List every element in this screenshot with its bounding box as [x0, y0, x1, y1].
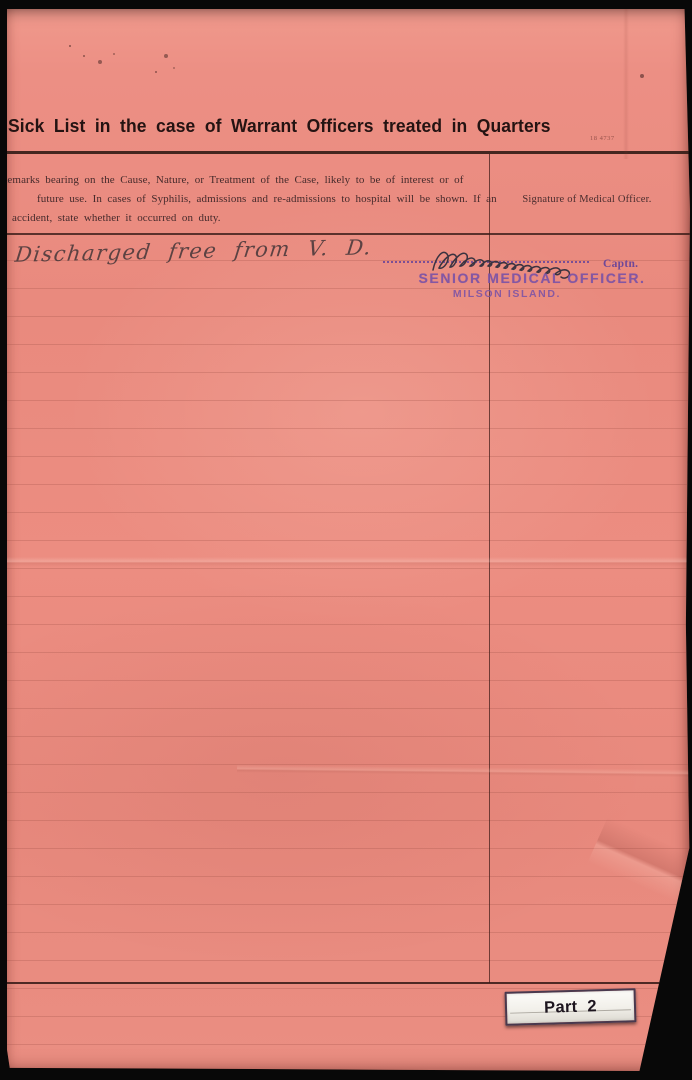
signature-rank: Captn. [603, 258, 638, 270]
part-label-text: Part 2 [544, 997, 597, 1017]
document-scan: { "page": { "background": "#080808", "pa… [0, 0, 692, 1080]
remarks-header-line-2: future use. In cases of Syphilis, admiss… [37, 193, 497, 205]
part-label: Part 2 [505, 988, 637, 1026]
ink-specks [69, 45, 71, 47]
form-number: 18 4737 [590, 135, 615, 142]
paper-crease-horizontal-1 [7, 557, 690, 567]
remarks-header-line-1: Remarks bearing on the Cause, Nature, or… [0, 174, 464, 186]
signature-column-header: Signature of Medical Officer. [489, 194, 685, 205]
stamp-senior-medical-officer: SENIOR MEDICAL OFFICER. [409, 270, 655, 286]
remarks-header-line-3: accident, state whether it occurred on d… [12, 212, 221, 224]
header-rule [7, 151, 690, 154]
paper: Sick List in the case of Warrant Officer… [7, 9, 690, 1071]
table-bottom-rule [7, 982, 690, 984]
page-title: Sick List in the case of Warrant Officer… [8, 116, 551, 138]
ruled-lines [7, 233, 690, 1063]
paper-crease-vertical [623, 9, 629, 159]
header-bottom-rule [7, 233, 690, 235]
stamp-milson-island: MILSON ISLAND. [399, 288, 615, 300]
